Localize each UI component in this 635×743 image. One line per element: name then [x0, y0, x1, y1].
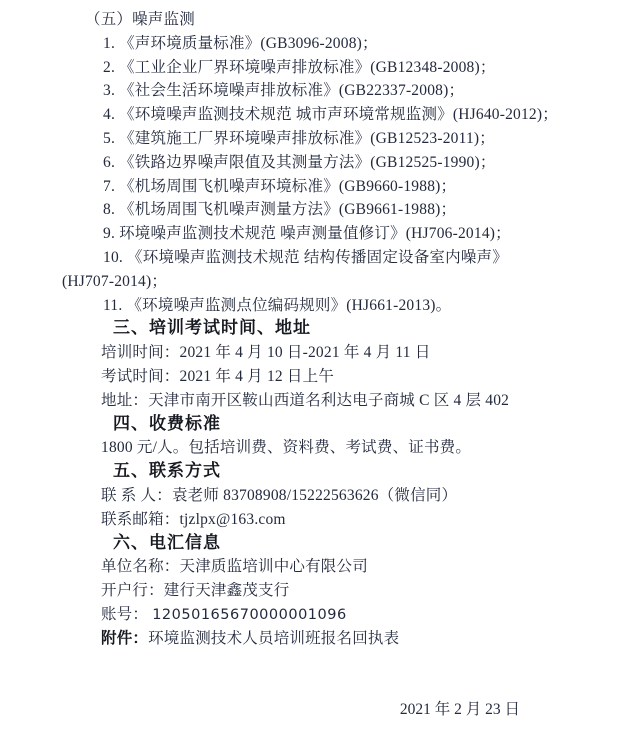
contact-email-text: 联系邮箱：tjzlpx@163.com [101, 511, 286, 528]
attachment: 附件：环境监测技术人员培训班报名回执表 [62, 627, 595, 651]
attachment-text: 环境监测技术人员培训班报名回执表 [148, 630, 399, 647]
section-heading-4: 四、收费标准 [62, 413, 595, 437]
exam-time: 考试时间：2021 年 4 月 12 日上午 [62, 365, 595, 389]
contact-email: 联系邮箱：tjzlpx@163.com [62, 508, 595, 532]
standard-item-7: 7. 《机场周围飞机噪声环境标准》(GB9660-1988)； [62, 175, 595, 199]
bank-name: 开户行：建行天津鑫茂支行 [62, 579, 595, 603]
section-heading-3: 三、培训考试时间、地址 [62, 317, 595, 341]
training-time-text: 培训时间：2021 年 4 月 10 日-2021 年 4 月 11 日 [101, 344, 431, 361]
standard-item-10-continued-text: (HJ707-2014)； [62, 273, 167, 290]
company-name: 单位名称：天津质监培训中心有限公司 [62, 555, 595, 579]
address-text: 地址：天津市南开区鞍山西道名利达电子商城 C 区 4 层 402 [101, 392, 509, 409]
section-label-noise-monitoring: （五）噪声监测 [62, 8, 595, 32]
standard-item-1-text: 1. 《声环境质量标准》(GB3096-2008)； [103, 35, 378, 52]
section-heading-3-text: 三、培训考试时间、地址 [113, 318, 311, 338]
section-label-noise-monitoring-text: （五）噪声监测 [85, 11, 195, 28]
standard-item-5: 5. 《建筑施工厂界环境噪声排放标准》(GB12523-2011)； [62, 127, 595, 151]
fee-info: 1800 元/人。包括培训费、资料费、考试费、证书费。 [62, 436, 595, 460]
account-number-text: 账号： [101, 606, 152, 623]
account-number-digits: 12050165670000001096 [152, 607, 347, 623]
standard-item-11: 11. 《环境噪声监测点位编码规则》(HJ661-2013)。 [62, 294, 595, 318]
standard-item-6: 6. 《铁路边界噪声限值及其测量方法》(GB12525-1990)； [62, 151, 595, 175]
standard-item-7-text: 7. 《机场周围飞机噪声环境标准》(GB9660-1988)； [103, 178, 456, 195]
section-heading-6-text: 六、电汇信息 [113, 533, 221, 553]
contact-person: 联 系 人：袁老师 83708908/15222563626（微信同） [62, 484, 595, 508]
standard-item-1: 1. 《声环境质量标准》(GB3096-2008)； [62, 32, 595, 56]
standard-item-8-text: 8. 《机场周围飞机噪声测量方法》(GB9661-1988)； [103, 201, 456, 218]
standard-item-10-continued: (HJ707-2014)； [62, 270, 595, 294]
address: 地址：天津市南开区鞍山西道名利达电子商城 C 区 4 层 402 [62, 389, 595, 413]
fee-info-text: 1800 元/人。包括培训费、资料费、考试费、证书费。 [101, 439, 471, 456]
standard-item-9-text: 9. 环境噪声监测技术规范 噪声测量值修订》(HJ706-2014)； [103, 225, 511, 242]
standard-item-10: 10. 《环境噪声监测技术规范 结构传播固定设备室内噪声》 [62, 246, 595, 270]
section-heading-6: 六、电汇信息 [62, 532, 595, 556]
standard-item-8: 8. 《机场周围飞机噪声测量方法》(GB9661-1988)； [62, 198, 595, 222]
contact-person-text: 联 系 人：袁老师 83708908/15222563626（微信同） [101, 487, 457, 504]
standard-item-2: 2. 《工业企业厂界环境噪声排放标准》(GB12348-2008)； [62, 56, 595, 80]
document-date: 2021 年 2 月 23 日 [400, 701, 520, 718]
section-heading-4-text: 四、收费标准 [113, 414, 221, 434]
standard-item-3: 3. 《社会生活环境噪声排放标准》(GB22337-2008)； [62, 79, 595, 103]
standard-item-5-text: 5. 《建筑施工厂界环境噪声排放标准》(GB12523-2011)； [103, 130, 495, 147]
bank-name-text: 开户行：建行天津鑫茂支行 [101, 582, 289, 599]
standard-item-11-text: 11. 《环境噪声监测点位编码规则》(HJ661-2013)。 [103, 297, 451, 314]
document-date-line: 2021 年 2 月 23 日 [62, 698, 595, 722]
standard-item-4: 4. 《环境噪声监测技术规范 城市声环境常规监测》(HJ640-2012)； [62, 103, 595, 127]
standard-item-4-text: 4. 《环境噪声监测技术规范 城市声环境常规监测》(HJ640-2012)； [103, 106, 558, 123]
standard-item-3-text: 3. 《社会生活环境噪声排放标准》(GB22337-2008)； [103, 82, 464, 99]
section-heading-5-text: 五、联系方式 [113, 461, 221, 481]
standard-item-6-text: 6. 《铁路边界噪声限值及其测量方法》(GB12525-1990)； [103, 154, 496, 171]
standard-item-10-text: 10. 《环境噪声监测技术规范 结构传播固定设备室内噪声》 [103, 249, 508, 266]
section-heading-5: 五、联系方式 [62, 460, 595, 484]
company-name-text: 单位名称：天津质监培训中心有限公司 [101, 558, 368, 575]
document-lines: （五）噪声监测1. 《声环境质量标准》(GB3096-2008)；2. 《工业企… [62, 8, 595, 651]
document-page: （五）噪声监测1. 《声环境质量标准》(GB3096-2008)；2. 《工业企… [0, 0, 635, 743]
attachment-label: 附件： [101, 630, 148, 647]
training-time: 培训时间：2021 年 4 月 10 日-2021 年 4 月 11 日 [62, 341, 595, 365]
standard-item-2-text: 2. 《工业企业厂界环境噪声排放标准》(GB12348-2008)； [103, 59, 496, 76]
standard-item-9: 9. 环境噪声监测技术规范 噪声测量值修订》(HJ706-2014)； [62, 222, 595, 246]
exam-time-text: 考试时间：2021 年 4 月 12 日上午 [101, 368, 334, 385]
account-number: 账号： 12050165670000001096 [62, 603, 595, 627]
